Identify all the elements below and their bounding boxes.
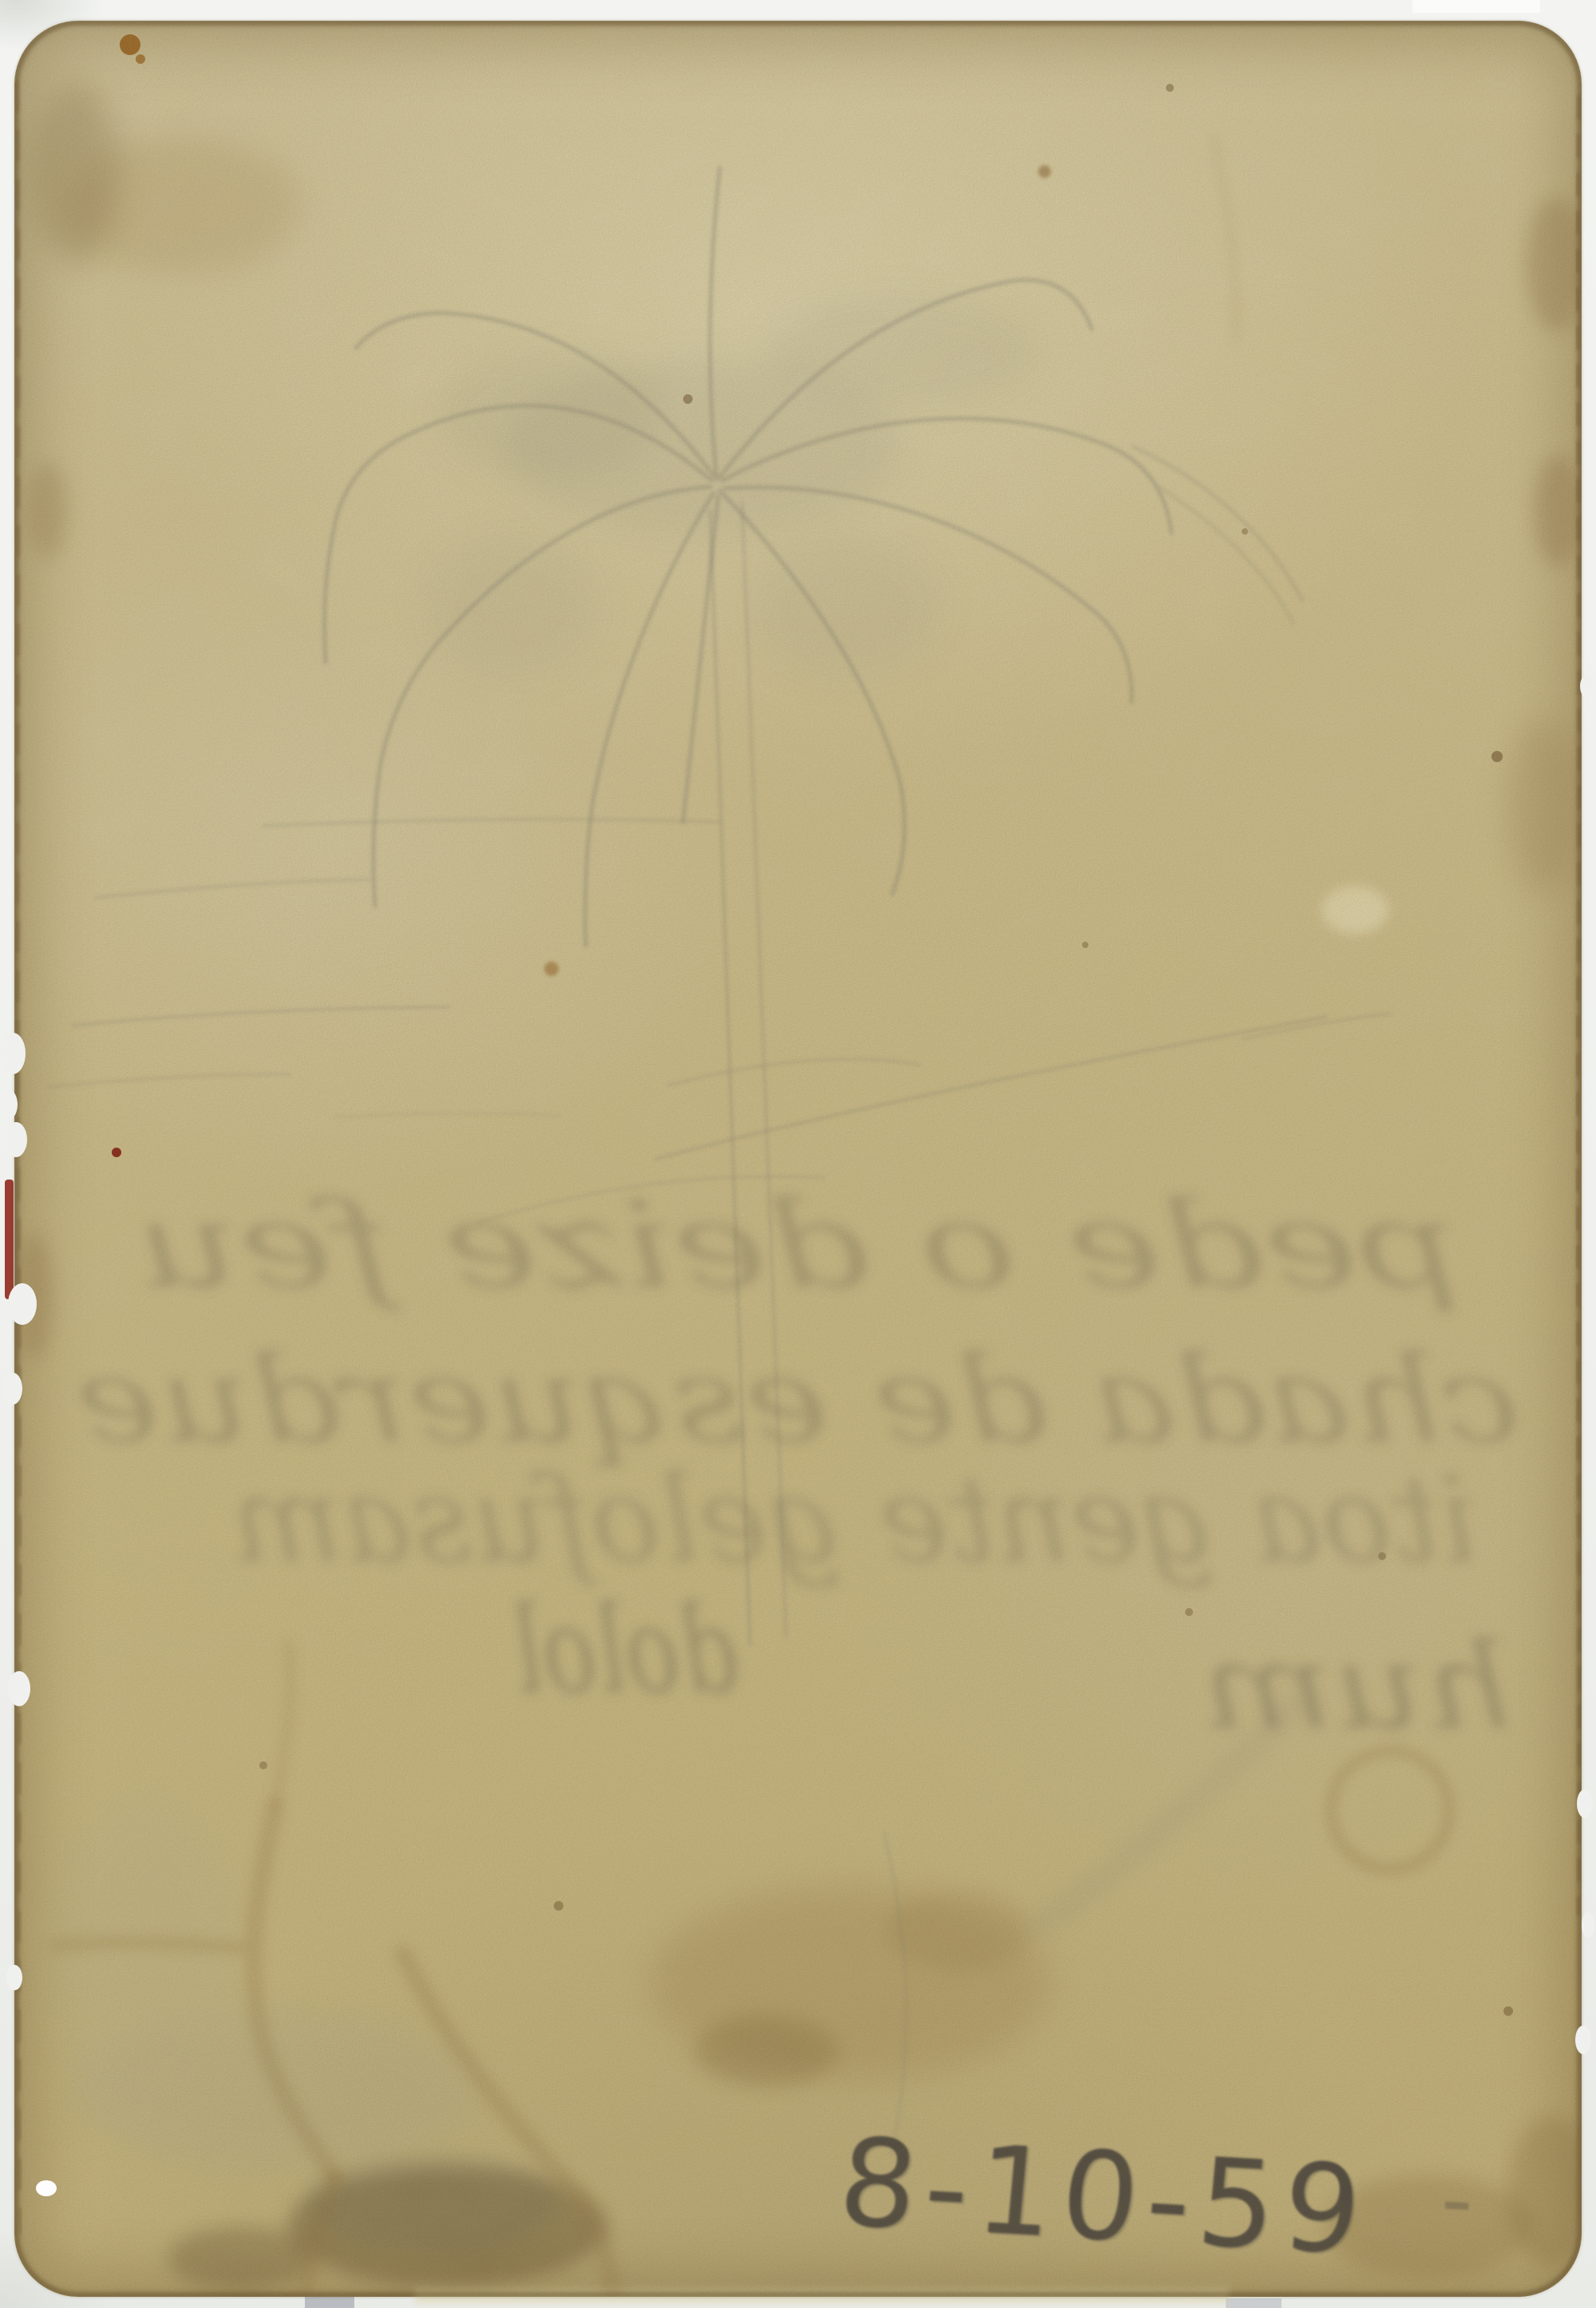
paper-grain	[14, 21, 1582, 2297]
backing-bright-tab	[1412, 0, 1540, 13]
artwork-layer: pede o deize feu chada de esquerdue itoa…	[0, 0, 1596, 2308]
scanned-page: pede o deize feu chada de esquerdue itoa…	[0, 0, 1596, 2308]
red-edge-mark	[5, 1180, 14, 1299]
backing-gray-patch	[1226, 2298, 1282, 2308]
backing-gray-patch	[305, 2297, 354, 2308]
